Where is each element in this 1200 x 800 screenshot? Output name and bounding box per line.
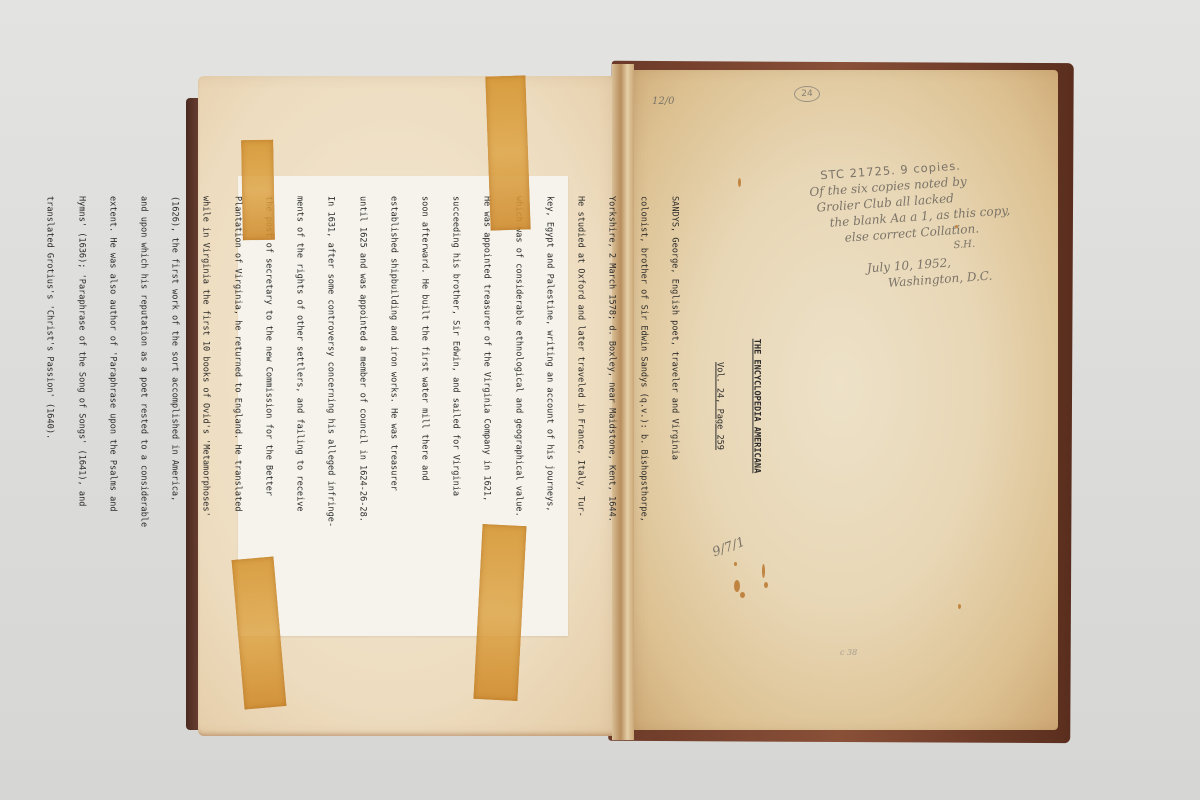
slip-line: succeeding his brother, Sir Edwin, and s… bbox=[450, 196, 460, 616]
foxing-spot bbox=[734, 580, 740, 592]
foxing-spot bbox=[762, 564, 765, 578]
tape-strip-top-right bbox=[485, 75, 530, 230]
slip-text-rotated: THE ENCYCLOPEDIA AMERICANA Vol. 24, Page… bbox=[24, 196, 783, 616]
slip-line: (1626), the first work of the sort accom… bbox=[169, 196, 179, 616]
pencil-mark-top: 12/0 bbox=[652, 96, 674, 107]
pencil-circled-number: 24 bbox=[794, 86, 820, 102]
slip-line: ments of the rights of other settlers, a… bbox=[294, 196, 304, 616]
slip-line: key, Egypt and Palestine, writing an acc… bbox=[544, 196, 554, 616]
slip-line: Plantation of Virginia, he returned to E… bbox=[232, 196, 242, 616]
foxing-spot bbox=[955, 225, 958, 228]
slip-line: Hymns' (1636); 'Paraphrase of the Song o… bbox=[76, 196, 86, 616]
slip-line: SANDYS, George, English poet, traveler a… bbox=[669, 196, 679, 616]
slip-line: while in Virginia the first 10 books of … bbox=[200, 196, 210, 616]
foxing-spot bbox=[738, 178, 741, 187]
slip-line: translated Grotius's 'Christ's Passion' … bbox=[44, 196, 54, 616]
foxing-spot bbox=[740, 592, 745, 598]
pencil-mark-bottom: c 38 bbox=[840, 648, 857, 657]
slip-line: In 1631, after some controversy concerni… bbox=[325, 196, 335, 616]
foxing-spot bbox=[734, 562, 737, 566]
slip-line: Yorkshire, 2 March 1578; d. Boxley, near… bbox=[606, 196, 616, 616]
slip-line: He studied at Oxford and later traveled … bbox=[575, 196, 585, 616]
tape-strip-top-left bbox=[241, 140, 275, 241]
slip-line: the post of secretary to the new Commiss… bbox=[263, 196, 273, 616]
handwritten-collation-note: STC 21725. 9 copies. Of the six copies n… bbox=[808, 152, 1046, 296]
tape-strip-bottom-right bbox=[473, 524, 526, 701]
slip-title: THE ENCYCLOPEDIA AMERICANA bbox=[751, 196, 761, 616]
slip-line: established shipbuilding and iron works.… bbox=[388, 196, 398, 616]
foxing-spot bbox=[958, 604, 961, 609]
slip-line: and upon which his reputation as a poet … bbox=[138, 196, 148, 616]
slip-line: extent. He was also author of 'Paraphras… bbox=[107, 196, 117, 616]
slip-line: soon afterward. He built the first water… bbox=[419, 196, 429, 616]
slip-line: colonist, brother of Sir Edwin Sandys (q… bbox=[638, 196, 648, 616]
slip-line: until 1625 and was appointed a member of… bbox=[357, 196, 367, 616]
foxing-spot bbox=[764, 582, 768, 588]
